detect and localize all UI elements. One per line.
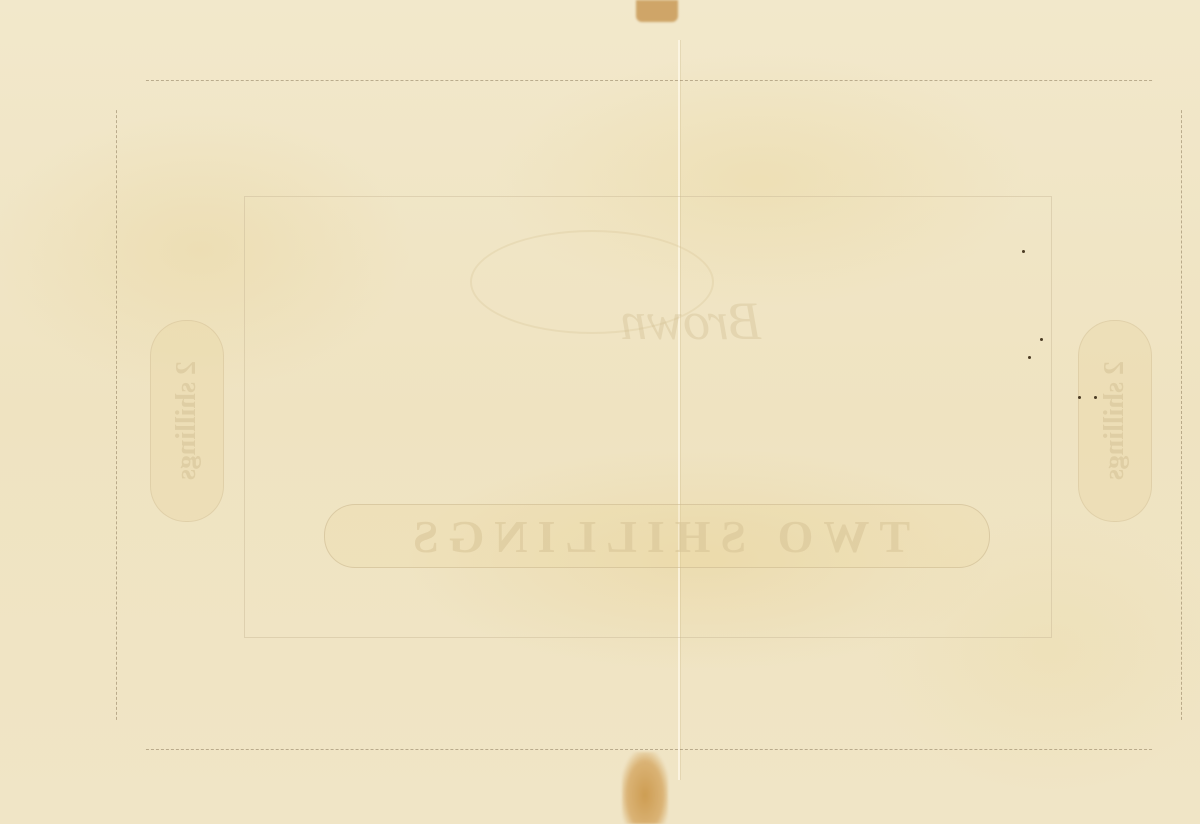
left-denomination-text: 2 shillings bbox=[171, 361, 203, 480]
script-show-through: Brown bbox=[470, 230, 930, 390]
top-stain bbox=[636, 0, 678, 22]
ink-speck bbox=[1022, 250, 1025, 253]
ink-speck bbox=[1094, 396, 1097, 399]
denomination-banner: TWO SHILLINGS bbox=[324, 504, 990, 568]
signature-show-through: Brown bbox=[620, 290, 762, 352]
denomination-banner-text: TWO SHILLINGS bbox=[403, 510, 910, 563]
ink-speck bbox=[1040, 338, 1043, 341]
ink-speck bbox=[1028, 356, 1031, 359]
ink-speck bbox=[1078, 396, 1081, 399]
bottom-stain bbox=[622, 752, 668, 824]
left-denomination-panel: 2 shillings bbox=[150, 320, 224, 522]
right-denomination-text: 2 shillings bbox=[1099, 361, 1131, 480]
right-denomination-panel: 2 shillings bbox=[1078, 320, 1152, 522]
